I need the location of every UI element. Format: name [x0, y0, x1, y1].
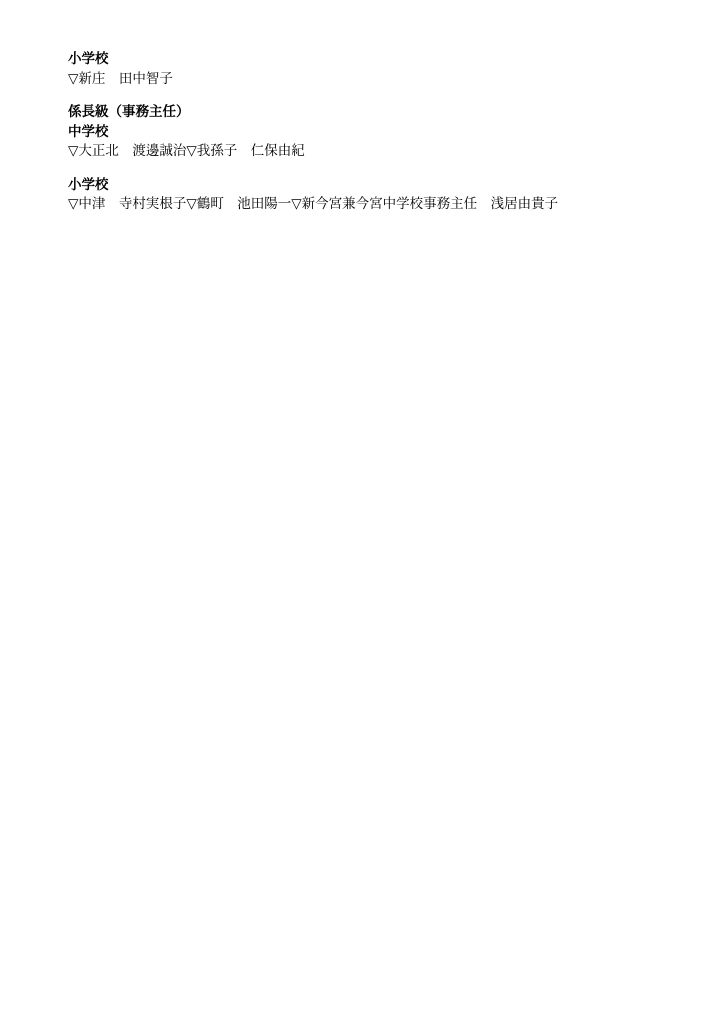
document-page: 小学校 ▽新庄 田中智子 係長級（事務主任） 中学校 ▽大正北 渡邊誠治▽我孫子… — [68, 50, 694, 215]
entry-line-3: ▽中津 寺村実根子▽鶴町 池田陽一▽新今宮兼今宮中学校事務主任 浅居由貴子 — [68, 195, 694, 215]
section-heading-elementary-2: 小学校 — [68, 176, 694, 196]
entry-line-2: ▽大正北 渡邊誠治▽我孫子 仁保由紀 — [68, 142, 694, 162]
section-heading-junior-high: 中学校 — [68, 123, 694, 143]
section-heading-elementary-1: 小学校 — [68, 50, 694, 70]
entry-line-1: ▽新庄 田中智子 — [68, 70, 694, 90]
section-heading-kakaricho-kyu: 係長級（事務主任） — [68, 103, 694, 123]
